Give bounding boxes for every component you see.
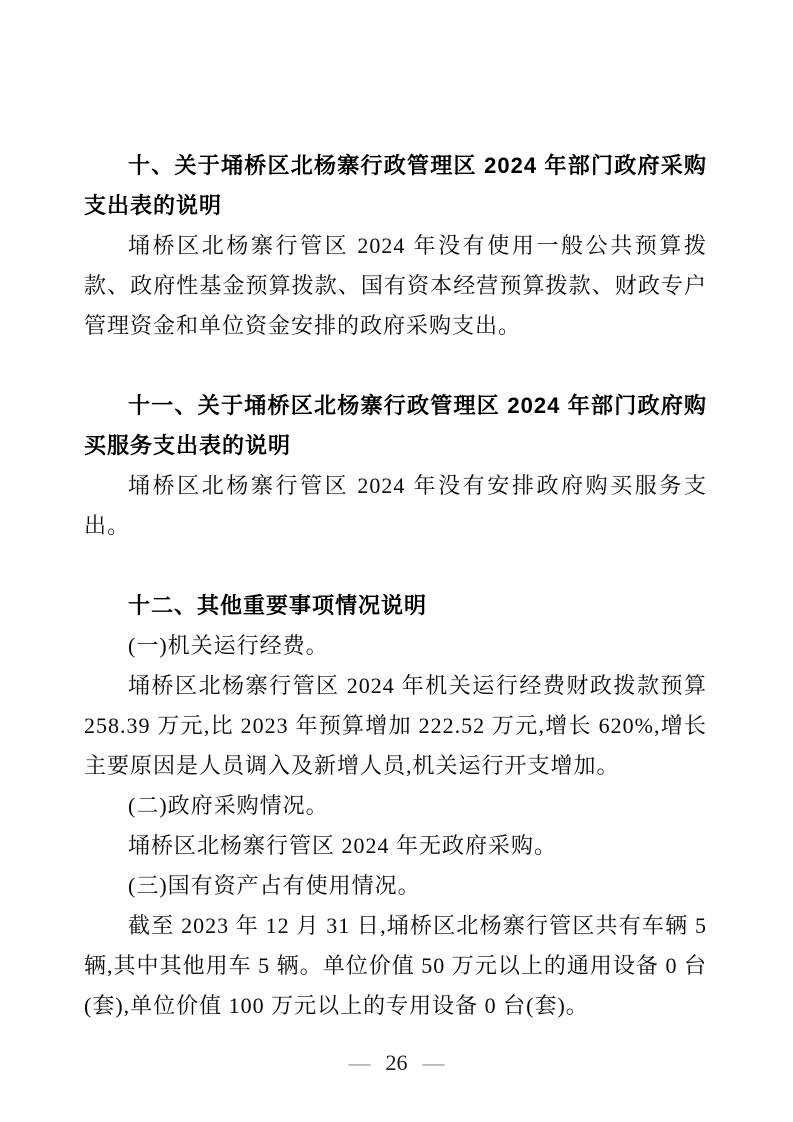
- paragraph: (三)国有资产占有使用情况。: [84, 866, 707, 906]
- document-page: 十、关于埇桥区北杨寨行政管理区 2024 年部门政府采购支出表的说明 埇桥区北杨…: [0, 0, 793, 1122]
- section-purchased-services: 十一、关于埇桥区北杨寨行政管理区 2024 年部门政府购买服务支出表的说明 埇桥…: [84, 386, 707, 546]
- footer-dash-left: —: [349, 1050, 371, 1075]
- paragraph: (一)机关运行经费。: [84, 626, 707, 666]
- paragraph: 截至 2023 年 12 月 31 日,埇桥区北杨寨行管区共有车辆 5 辆,其中…: [84, 906, 707, 1026]
- page-number: 26: [386, 1050, 408, 1075]
- section-heading: 十二、其他重要事项情况说明: [84, 586, 707, 626]
- paragraph: 埇桥区北杨寨行管区 2024 年机关运行经费财政拨款预算 258.39 万元,比…: [84, 666, 707, 786]
- paragraph: 埇桥区北杨寨行管区 2024 年无政府采购。: [84, 826, 707, 866]
- section-procurement-expenditure: 十、关于埇桥区北杨寨行政管理区 2024 年部门政府采购支出表的说明 埇桥区北杨…: [84, 146, 707, 346]
- document-content: 十、关于埇桥区北杨寨行政管理区 2024 年部门政府采购支出表的说明 埇桥区北杨…: [84, 146, 707, 1026]
- page-footer: —26—: [0, 1050, 793, 1076]
- paragraph: 埇桥区北杨寨行管区 2024 年没有使用一般公共预算拨款、政府性基金预算拨款、国…: [84, 226, 707, 346]
- paragraph: 埇桥区北杨寨行管区 2024 年没有安排政府购买服务支出。: [84, 466, 707, 546]
- footer-dash-right: —: [423, 1050, 445, 1075]
- section-other-important-matters: 十二、其他重要事项情况说明 (一)机关运行经费。 埇桥区北杨寨行管区 2024 …: [84, 586, 707, 1026]
- section-heading: 十一、关于埇桥区北杨寨行政管理区 2024 年部门政府购买服务支出表的说明: [84, 386, 707, 466]
- paragraph: (二)政府采购情况。: [84, 786, 707, 826]
- section-heading: 十、关于埇桥区北杨寨行政管理区 2024 年部门政府采购支出表的说明: [84, 146, 707, 226]
